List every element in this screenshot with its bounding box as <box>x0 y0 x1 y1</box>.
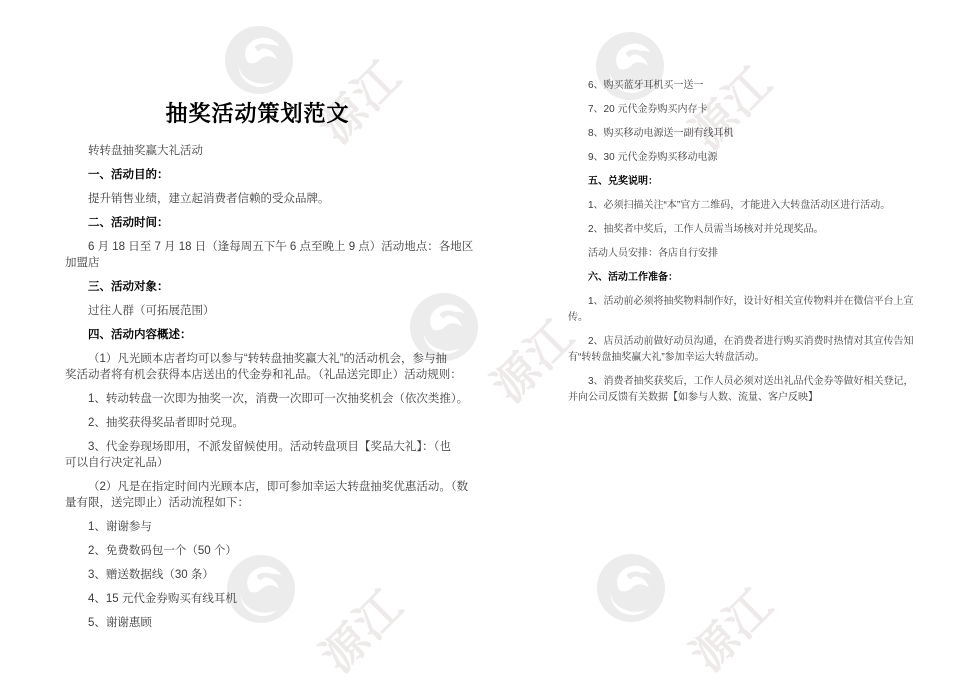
paragraph: 过往人群（可拓展范围） <box>65 303 505 319</box>
paragraph-line: 一、活动目的： <box>65 167 505 183</box>
paragraph: 2、抽奖者中奖后，工作人员需当场核对并兑现奖品。 <box>568 222 968 238</box>
paragraph: 1、活动前必须将抽奖物料制作好，设计好相关宣传物料并在微信平台上宣传。 <box>568 294 968 326</box>
paragraph-line: 3、消费者抽奖获奖后，工作人员必须对送出礼品代金券等做好相关登记， <box>568 374 968 390</box>
brand-logo-icon <box>225 26 293 94</box>
paragraph-line: 四、活动内容概述： <box>65 327 505 343</box>
paragraph-line: 有“转转盘抽奖赢大礼”参加幸运大转盘活动。 <box>568 350 968 366</box>
paragraph: （1）凡光顾本店者均可以参与“转转盘抽奖赢大礼”的活动机会，参与抽奖活动者将有机… <box>65 351 505 383</box>
section-heading: 五、兑奖说明： <box>568 174 968 190</box>
paragraph-line: 2、抽奖获得奖品者即时兑现。 <box>65 415 505 431</box>
paragraph-line: 9、30 元代金券购买移动电源 <box>568 150 968 166</box>
paragraph-line: （2）凡是在指定时间内光顾本店，即可参加幸运大转盘抽奖优惠活动。（数 <box>65 479 505 495</box>
paragraph: 活动人员安排：各店自行安排 <box>568 246 968 262</box>
paragraph: 2、抽奖获得奖品者即时兑现。 <box>65 415 505 431</box>
paragraph-line: 五、兑奖说明： <box>568 174 968 190</box>
paragraph-line: 传。 <box>568 310 968 326</box>
brand-logo-icon <box>597 554 665 622</box>
page-title: 抽奖活动策划范文 <box>55 97 460 128</box>
paragraph-line: 1、活动前必须将抽奖物料制作好，设计好相关宣传物料并在微信平台上宣 <box>568 294 968 310</box>
watermark-text: 江源 <box>678 584 777 683</box>
paragraph: （2）凡是在指定时间内光顾本店，即可参加幸运大转盘抽奖优惠活动。（数量有限，送完… <box>65 479 505 511</box>
section-heading: 三、活动对象： <box>65 279 505 295</box>
paragraph: 5、谢谢惠顾 <box>65 615 505 631</box>
document-page: 江源 江源 江源 江源 <box>0 0 970 692</box>
paragraph: 6 月 18 日至 7 月 18 日（逢每周五下午 6 点至晚上 9 点）活动地… <box>65 239 505 271</box>
paragraph: 1、转动转盘一次即为抽奖一次，消费一次即可一次抽奖机会（依次类推）。 <box>65 391 505 407</box>
paragraph: 3、赠送数据线（30 条） <box>65 567 505 583</box>
paragraph: 1、谢谢参与 <box>65 519 505 535</box>
paragraph-line: 8、购买移动电源送一副有线耳机 <box>568 126 968 142</box>
section-heading: 四、活动内容概述： <box>65 327 505 343</box>
paragraph: 3、代金券现场即用，不派发留候使用。活动转盘项目【奖品大礼】：（也可以自行决定礼… <box>65 439 505 471</box>
paragraph: 6、购买蓝牙耳机买一送一 <box>568 78 968 94</box>
paragraph-line: 奖活动者将有机会获得本店送出的代金券和礼品。（礼品送完即止）活动规则： <box>65 367 505 383</box>
paragraph: 7、20 元代金券购买内存卡 <box>568 102 968 118</box>
section-heading: 一、活动目的： <box>65 167 505 183</box>
paragraph-line: 6、购买蓝牙耳机买一送一 <box>568 78 968 94</box>
paragraph-line: 1、谢谢参与 <box>65 519 505 535</box>
paragraph-line: 六、活动工作准备： <box>568 270 968 286</box>
paragraph-line: 三、活动对象： <box>65 279 505 295</box>
section-heading: 六、活动工作准备： <box>568 270 968 286</box>
paragraph: 8、购买移动电源送一副有线耳机 <box>568 126 968 142</box>
paragraph-line: 7、20 元代金券购买内存卡 <box>568 102 968 118</box>
paragraph-line: 提升销售业绩，建立起消费者信赖的受众品牌。 <box>65 191 505 207</box>
paragraph-line: 2、店员活动前做好动员沟通，在消费者进行购买消费时热情对其宣传告知 <box>568 334 968 350</box>
paragraph-line: 加盟店 <box>65 255 505 271</box>
paragraph-line: 2、抽奖者中奖后，工作人员需当场核对并兑现奖品。 <box>568 222 968 238</box>
paragraph-line: 6 月 18 日至 7 月 18 日（逢每周五下午 6 点至晚上 9 点）活动地… <box>65 239 505 255</box>
paragraph-line: 5、谢谢惠顾 <box>65 615 505 631</box>
paragraph-line: 4、15 元代金券购买有线耳机 <box>65 591 505 607</box>
paragraph-line: 1、转动转盘一次即为抽奖一次，消费一次即可一次抽奖机会（依次类推）。 <box>65 391 505 407</box>
paragraph-line: 过往人群（可拓展范围） <box>65 303 505 319</box>
paragraph-line: （1）凡光顾本店者均可以参与“转转盘抽奖赢大礼”的活动机会，参与抽 <box>65 351 505 367</box>
paragraph-line: 2、免费数码包一个（50 个） <box>65 543 505 559</box>
paragraph: 9、30 元代金券购买移动电源 <box>568 150 968 166</box>
section-heading: 二、活动时间： <box>65 215 505 231</box>
paragraph-line: 量有限，送完即止）活动流程如下： <box>65 495 505 511</box>
paragraph: 2、免费数码包一个（50 个） <box>65 543 505 559</box>
paragraph-line: 可以自行决定礼品） <box>65 455 505 471</box>
paragraph: 提升销售业绩，建立起消费者信赖的受众品牌。 <box>65 191 505 207</box>
paragraph-line: 活动人员安排：各店自行安排 <box>568 246 968 262</box>
paragraph-line: 3、赠送数据线（30 条） <box>65 567 505 583</box>
paragraph: 3、消费者抽奖获奖后，工作人员必须对送出礼品代金券等做好相关登记，并向公司反馈有… <box>568 374 968 406</box>
paragraph-line: 并向公司反馈有关数据【如参与人数、流量、客户反映】 <box>568 390 968 406</box>
paragraph: 2、店员活动前做好动员沟通，在消费者进行购买消费时热情对其宣传告知有“转转盘抽奖… <box>568 334 968 366</box>
paragraph-line: 转转盘抽奖赢大礼活动 <box>65 143 505 159</box>
paragraph-line: 1、必须扫描关注“本”官方二维码，才能进入大转盘活动区进行活动。 <box>568 198 968 214</box>
paragraph: 转转盘抽奖赢大礼活动 <box>65 143 505 159</box>
paragraph-line: 二、活动时间： <box>65 215 505 231</box>
right-column: 6、购买蓝牙耳机买一送一7、20 元代金券购买内存卡8、购买移动电源送一副有线耳… <box>568 78 968 414</box>
paragraph: 1、必须扫描关注“本”官方二维码，才能进入大转盘活动区进行活动。 <box>568 198 968 214</box>
paragraph: 4、15 元代金券购买有线耳机 <box>65 591 505 607</box>
left-column: 转转盘抽奖赢大礼活动一、活动目的：提升销售业绩，建立起消费者信赖的受众品牌。二、… <box>65 143 505 639</box>
paragraph-line: 3、代金券现场即用，不派发留候使用。活动转盘项目【奖品大礼】：（也 <box>65 439 505 455</box>
